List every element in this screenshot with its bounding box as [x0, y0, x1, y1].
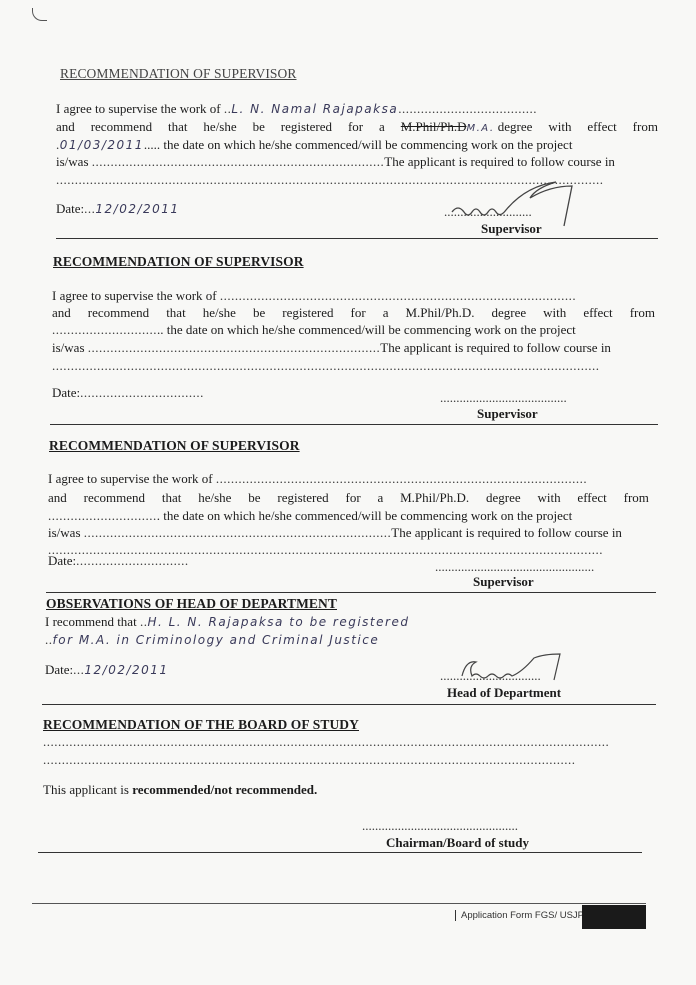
signature-label: Supervisor — [477, 406, 538, 422]
footer-black-box — [582, 905, 646, 929]
project-field[interactable]: ........................................… — [92, 154, 385, 169]
project-field[interactable]: ........................................… — [88, 340, 381, 355]
date-line: Date:...12/02/2011 — [45, 661, 169, 679]
signature-field[interactable]: ........................................… — [362, 818, 518, 834]
student-name-field[interactable]: ........................................… — [220, 288, 576, 303]
section-divider — [56, 238, 658, 239]
signature-label: Head of Department — [447, 685, 561, 701]
date-line: Date:.............................. — [48, 552, 189, 570]
registration-line: andrecommendthathe/sheberegisteredforaM.… — [48, 489, 649, 507]
course-field[interactable]: ........................................… — [52, 357, 600, 375]
commencement-line: .............................. the date … — [52, 321, 576, 339]
recommend-line: I recommend that ..H. L. N. Rajapaksa to… — [45, 613, 409, 631]
section-divider — [38, 852, 642, 853]
footer-label: Application Form FGS/ USJP — [455, 910, 584, 921]
date-line: Date:...12/02/2011 — [56, 200, 180, 218]
section-heading: RECOMMENDATION OF SUPERVISOR — [49, 438, 300, 454]
recommendation-status-options[interactable]: recommended/not recommended. — [132, 782, 317, 797]
recommend-line-2: ..for M.A. in Criminology and Criminal J… — [45, 631, 379, 649]
commencement-line: .01/03/2011..... the date on which he/sh… — [56, 136, 572, 154]
project-field[interactable]: ........................................… — [84, 525, 392, 540]
registration-line: andrecommendthathe/sheberegisteredforaM.… — [52, 304, 655, 322]
project-line: is/was .................................… — [56, 153, 615, 171]
project-line: is/was .................................… — [52, 339, 611, 357]
supervise-work-line: I agree to supervise the work of ..L. N.… — [56, 100, 656, 118]
supervise-work-line: I agree to supervise the work of .......… — [52, 287, 576, 305]
section-heading: RECOMMENDATION OF SUPERVISOR — [53, 254, 304, 270]
section-divider — [50, 424, 658, 425]
recommendation-status-line: This applicant is recommended/not recomm… — [43, 781, 317, 799]
effective-date-field[interactable]: ............................. — [48, 508, 157, 523]
date-field[interactable]: 12/02/2011 — [95, 202, 179, 216]
section-divider — [42, 704, 656, 705]
section-heading: OBSERVATIONS OF HEAD OF DEPARTMENT — [46, 596, 337, 612]
board-comment-field-1[interactable]: ........................................… — [43, 733, 609, 751]
section-heading: RECOMMENDATION OF THE BOARD OF STUDY — [43, 717, 359, 733]
date-field[interactable]: 12/02/2011 — [84, 663, 168, 677]
signature-label: Chairman/Board of study — [386, 835, 529, 851]
date-field[interactable]: .............................. — [76, 553, 189, 568]
signature-label: Supervisor — [481, 221, 542, 237]
recommendation-field-line1[interactable]: H. L. N. Rajapaksa to be registered — [147, 615, 409, 629]
supervise-work-line: I agree to supervise the work of .......… — [48, 470, 587, 488]
registration-line: andrecommendthathe/sheberegisteredfora M… — [56, 118, 658, 138]
effective-date-field[interactable]: ............................ — [52, 322, 157, 337]
date-field[interactable]: ................................. — [80, 385, 204, 400]
application-form-page: RECOMMENDATION OF SUPERVISOR I agree to … — [0, 0, 696, 985]
section-divider — [46, 592, 656, 593]
signature-field[interactable]: ........................................… — [435, 559, 594, 575]
board-comment-field-2[interactable]: ........................................… — [43, 751, 576, 769]
signature-field[interactable]: ....................................... — [440, 390, 567, 406]
line-label: I agree to supervise the work of — [56, 101, 221, 116]
degree-struck-option: M.Phil/Ph.D — [401, 119, 467, 134]
student-name-field[interactable]: ........................................… — [216, 471, 587, 486]
section-heading: RECOMMENDATION OF SUPERVISOR — [60, 66, 297, 82]
signature-label: Supervisor — [473, 574, 534, 590]
student-name-field[interactable]: L. N. Namal Rajapaksa — [231, 102, 398, 116]
scan-corner-mark — [32, 8, 47, 21]
project-line: is/was .................................… — [48, 524, 622, 542]
commencement-line: .............................. the date … — [48, 507, 572, 525]
degree-field[interactable]: M.A. — [467, 123, 495, 134]
effective-date-field[interactable]: 01/03/2011 — [60, 138, 144, 152]
footer-rule — [32, 903, 646, 904]
signature-scribble-icon — [452, 650, 592, 686]
recommendation-field-line2[interactable]: for M.A. in Criminology and Criminal Jus… — [53, 633, 380, 647]
date-line: Date:................................. — [52, 384, 204, 402]
